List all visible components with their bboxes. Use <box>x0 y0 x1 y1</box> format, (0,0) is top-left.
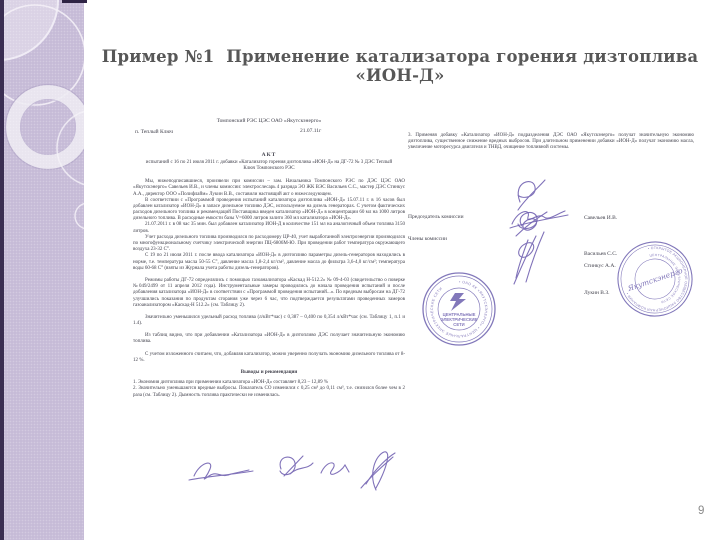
conclusion-item: 2. Значительно уменьшаются вредные выбро… <box>133 386 405 398</box>
member-name: Лукин В.З. <box>584 290 609 296</box>
signature-scribble <box>189 463 253 480</box>
stamp-center-line: СЕТИ <box>453 322 464 327</box>
document-body: Мы, нижеподписавшиеся, произвели при ком… <box>133 179 405 399</box>
official-stamp-ces: • ОАО АК «ЯКУТСКЭНЕРГО» • ЦЕНТРАЛЬНЫЕ ЭЛ… <box>420 270 498 348</box>
conclusions-heading: Выводы и рекомендации <box>133 370 405 376</box>
paragraph: В соответствии с «Программой проведения … <box>133 198 405 223</box>
paragraph: С учетом изложенного считаем, что, добав… <box>133 352 405 364</box>
approval-area: Председатель комиссии Савельев И.В. Член… <box>408 152 694 402</box>
conclusions-block: 1. Экономия дизтоплива при применении ка… <box>133 380 405 399</box>
official-stamp-yakutskenergo: • ОТКРЫТОЕ АКЦИОНЕРНОЕ ОБЩЕСТВО АКЦИОНЕР… <box>608 232 702 326</box>
stamp-ring-text: • ОАО АК «ЯКУТСКЭНЕРГО» • ЦЕНТРАЛЬНЫЕ ЭЛ… <box>430 280 488 338</box>
paragraph: Режимы работы ДГ-72 определялись с помощ… <box>133 278 405 309</box>
signature-scribble <box>361 452 395 490</box>
chairman-name: Савельев И.В. <box>584 215 617 221</box>
scanned-act-left-page: Томпонский РЭС ЦЭС ОАО «Якутскэнерго» п.… <box>133 118 405 399</box>
document-organization: Томпонский РЭС ЦЭС ОАО «Якутскэнерго» <box>153 118 385 125</box>
paragraph: Значительно уменьшился удельный расход т… <box>133 315 405 327</box>
sidebar-dark-edge <box>0 0 4 540</box>
sidebar-dot-texture <box>0 0 84 540</box>
svg-text:• ОАО АК «ЯКУТСКЭНЕРГО» • ЦЕНТ: • ОАО АК «ЯКУТСКЭНЕРГО» • ЦЕНТРАЛЬНЫЕ ЭЛ… <box>430 280 488 338</box>
document-subtitle: испытаний с 16 по 21 июля 2011 г. добавк… <box>141 160 397 172</box>
presentation-slide: Пример №1 Применение катализатора горени… <box>0 0 720 540</box>
document-place: п. Теплый Ключ <box>135 129 173 136</box>
slide-theme-sidebar <box>0 0 84 540</box>
paragraph: Мы, нижеподписавшиеся, произвели при ком… <box>133 179 405 198</box>
sidebar-top-notch <box>62 0 87 3</box>
place-date-row: п. Теплый Ключ 21.07.11г <box>133 129 405 139</box>
paragraph: 21.07.2011 г. в 08 час 35 мин. был добав… <box>133 222 405 234</box>
members-label: Члены комиссии <box>408 236 447 242</box>
signature-scribble <box>321 463 349 474</box>
signatures-row <box>180 446 400 502</box>
chairman-label: Председатель комиссии <box>408 214 464 220</box>
scanned-act-right-page: 3. Применяя добавку «Катализатор «ИОН-Д»… <box>408 133 694 402</box>
paragraph: Из таблиц видно, что при добавлении «Кат… <box>133 333 405 345</box>
paragraph: Учет расхода дизельного топлива производ… <box>133 235 405 254</box>
document-type-heading: АКТ <box>133 152 405 159</box>
signature-scribble <box>280 456 313 476</box>
lightning-emblem-icon <box>450 293 466 311</box>
signature-scribble <box>492 174 574 320</box>
paragraph: С 19 по 21 июля 2011 г. после ввода ката… <box>133 253 405 272</box>
document-date: 21.07.11г <box>300 128 321 135</box>
slide-page-number: 9 <box>698 505 704 517</box>
slide-title: Пример №1 Применение катализатора горени… <box>86 47 714 85</box>
paragraph: 3. Применяя добавку «Катализатор «ИОН-Д»… <box>408 133 694 152</box>
